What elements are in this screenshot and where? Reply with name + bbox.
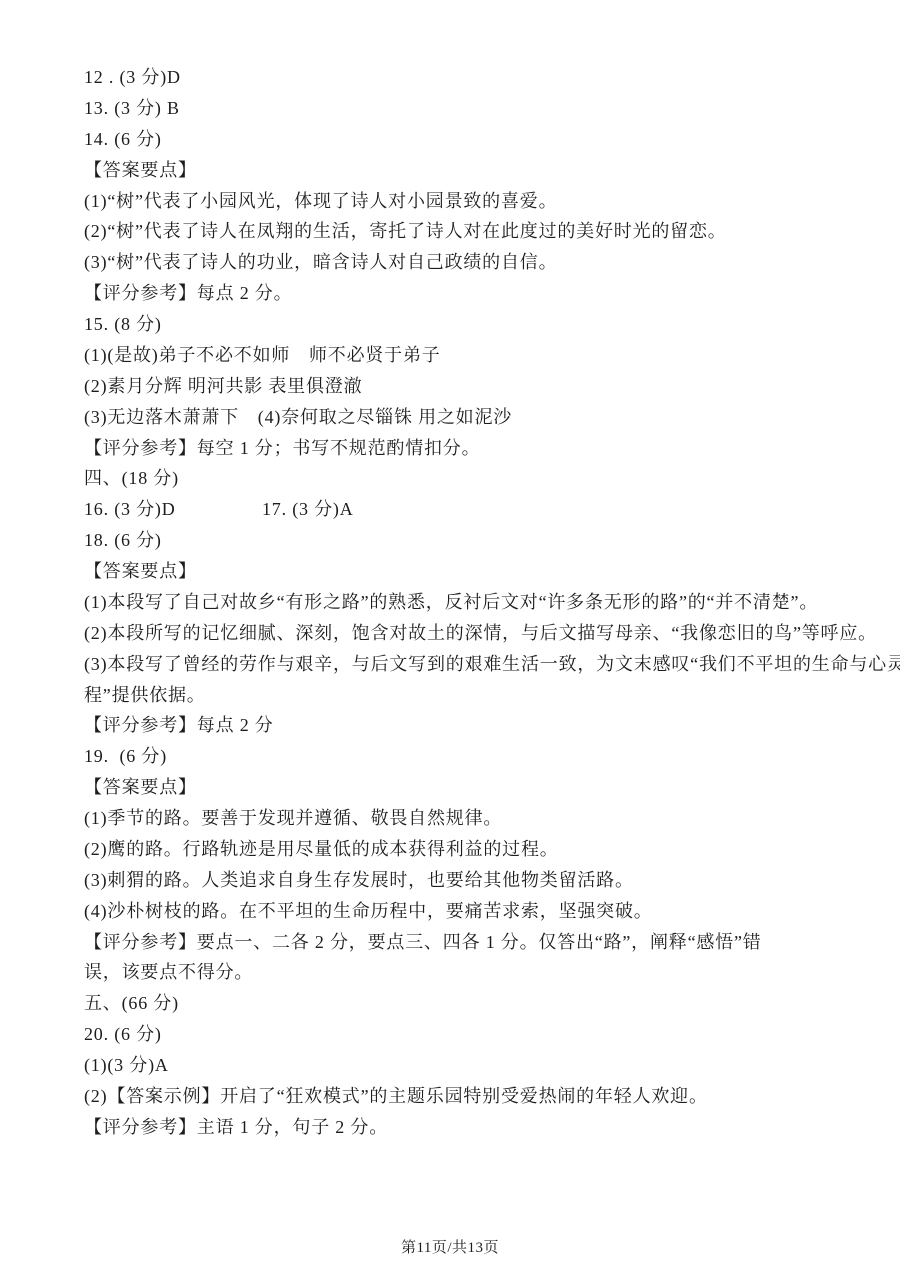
document-line: (3)“树”代表了诗人的功业，暗含诗人对自己政绩的自信。 xyxy=(84,247,864,278)
document-line: (4)沙朴树枝的路。在不平坦的生命历程中，要痛苦求索，坚强突破。 xyxy=(84,896,864,927)
document-line: 【评分参考】每空 1 分；书写不规范酌情扣分。 xyxy=(84,433,864,464)
document-line: (2)【答案示例】开启了“狂欢模式”的主题乐园特别受爱热闹的年轻人欢迎。 xyxy=(84,1081,864,1112)
document-line: 【答案要点】 xyxy=(84,155,864,186)
document-line: (1)季节的路。要善于发现并遵循、敬畏自然规律。 xyxy=(84,803,864,834)
document-line: (2)本段所写的记忆细腻、深刻，饱含对故土的深情，与后文描写母亲、“我像恋旧的鸟… xyxy=(84,618,864,649)
document-line: (1)(3 分)A xyxy=(84,1050,864,1081)
document-line: (1)(是故)弟子不必不如师 师不必贤于弟子 xyxy=(84,340,864,371)
document-line: 16. (3 分)D17. (3 分)A xyxy=(84,494,864,525)
document-line: 【评分参考】要点一、二各 2 分，要点三、四各 1 分。仅答出“路”，阐释“感悟… xyxy=(84,927,864,958)
document-line: (1)本段写了自己对故乡“有形之路”的熟悉，反衬后文对“许多条无形的路”的“并不… xyxy=(84,587,864,618)
answer-item-left: 16. (3 分)D xyxy=(84,494,262,525)
document-line: 五、(66 分) xyxy=(84,988,864,1019)
document-line: (3)本段写了曾经的劳作与艰辛，与后文写到的艰难生活一致，为文末感叹“我们不平坦… xyxy=(84,649,864,680)
document-line: 四、(18 分) xyxy=(84,463,864,494)
document-line: (1)“树”代表了小园风光，体现了诗人对小园景致的喜爱。 xyxy=(84,186,864,217)
document-line: 【评分参考】每点 2 分 xyxy=(84,710,864,741)
document-line: 【答案要点】 xyxy=(84,556,864,587)
document-line: 20. (6 分) xyxy=(84,1019,864,1050)
document-line: 19. (6 分) xyxy=(84,741,864,772)
document-line: 【评分参考】主语 1 分，句子 2 分。 xyxy=(84,1112,864,1143)
document-line: (2)素月分辉 明河共影 表里俱澄澈 xyxy=(84,371,864,402)
document-line: (2)“树”代表了诗人在凤翔的生活，寄托了诗人对在此度过的美好时光的留恋。 xyxy=(84,216,864,247)
document-line: 13. (3 分) B xyxy=(84,93,864,124)
document-line: (2)鹰的路。行路轨迹是用尽量低的成本获得利益的过程。 xyxy=(84,834,864,865)
document-line: 14. (6 分) xyxy=(84,124,864,155)
document-line: 18. (6 分) xyxy=(84,525,864,556)
answer-item-right: 17. (3 分)A xyxy=(262,499,354,519)
page-number: 第11页/共13页 xyxy=(0,1236,900,1257)
document-line: (3)无边落木萧萧下 (4)奈何取之尽锱铢 用之如泥沙 xyxy=(84,402,864,433)
document-page: 12 . (3 分)D13. (3 分) B14. (6 分)【答案要点】(1)… xyxy=(0,0,900,1273)
document-line: 【答案要点】 xyxy=(84,772,864,803)
answer-key-content: 12 . (3 分)D13. (3 分) B14. (6 分)【答案要点】(1)… xyxy=(84,62,864,1143)
document-line: (3)刺猬的路。人类追求自身生存发展时，也要给其他物类留活路。 xyxy=(84,865,864,896)
document-line: 【评分参考】每点 2 分。 xyxy=(84,278,864,309)
document-line: 误，该要点不得分。 xyxy=(84,957,864,988)
document-line: 15. (8 分) xyxy=(84,309,864,340)
document-line: 程”提供依据。 xyxy=(84,680,864,711)
document-line: 12 . (3 分)D xyxy=(84,62,864,93)
